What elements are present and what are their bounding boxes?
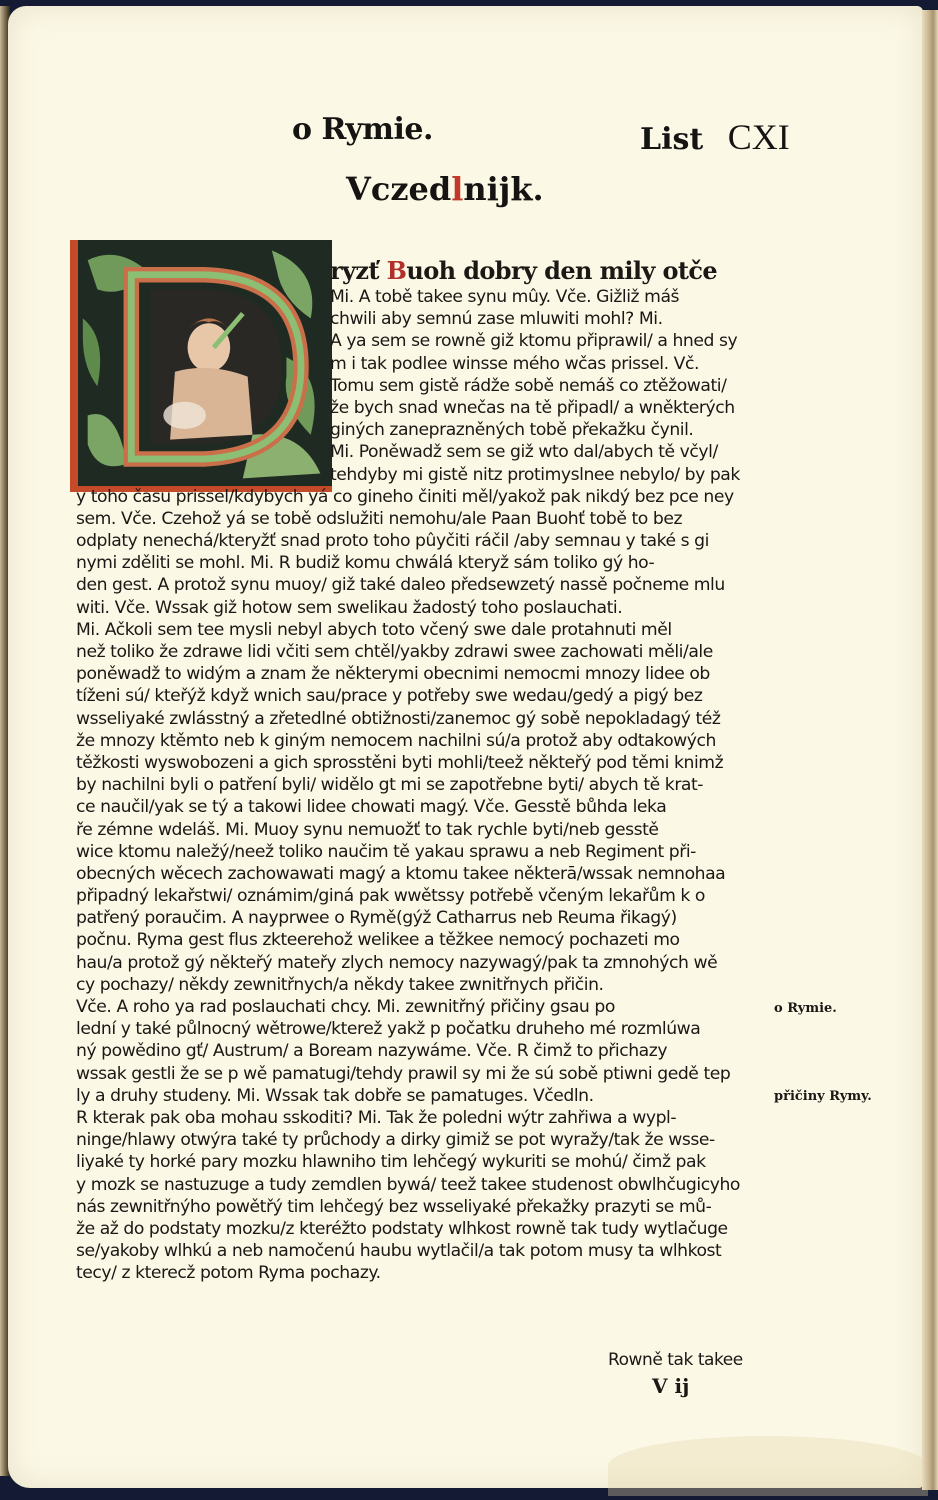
text-line: y toho času prissel/kdybych yá co gineho… (76, 486, 770, 508)
section-title-part: Vczed (346, 170, 451, 208)
text-line: wssak gestli že se p wě pamatugi/tehdy p… (76, 1063, 770, 1085)
text-line: obecných wěcech zachowawati magý a ktomu… (76, 863, 770, 885)
text-line: wice ktomu naležý/neež toliko naučim tě … (76, 841, 770, 863)
text-line: Mi. Poněwadž sem se giž wto dal/abych tě… (330, 441, 770, 463)
text-line: připadný lekařstwi/ oznámim/giná pak wwě… (76, 885, 770, 907)
text-line: Tomu sem gistě rádže sobě nemáš co ztěžo… (330, 375, 770, 397)
text-line: ce naučil/yak se tý a takowi lidee chowa… (76, 796, 770, 818)
section-title-part: nijk. (463, 170, 543, 208)
running-head: o Rymie. (292, 112, 433, 147)
text-line: počnu. Ryma gest flus zkteerehož welikee… (76, 929, 770, 951)
text-line: liyaké ty horké pary mozku hlawniho tim … (76, 1151, 770, 1173)
text-line: patřený poraučim. A nayprwee o Rymě(gýž … (76, 907, 770, 929)
text-line: ře zémne wdeláš. Mi. Muoy synu nemuožť t… (76, 819, 770, 841)
text-line: y mozk se nastuzuge a tudy zemdlen bywá/… (76, 1174, 770, 1196)
text-line: ly a druhy studeny. Mi. Wssak tak dobře … (76, 1085, 770, 1107)
text-line: ný powědino gť/ Austrum/ a Boream nazywá… (76, 1040, 770, 1062)
text-line: tíženi sú/ kteřýž když wnich sau/prace y… (76, 685, 770, 707)
text-line: ninge/hlawy otwýra také ty průchody a di… (76, 1129, 770, 1151)
signature-mark: V ij (652, 1374, 689, 1398)
margin-note-o-rymie: o Rymie. (774, 1001, 837, 1016)
incipit-line: ryzť Buoh dobry den mily otče (330, 256, 770, 286)
text-line: že bych snad wnečas na tě připadl/ a wně… (330, 397, 770, 419)
text-line: než toliko že zdrawe lidi včiti sem chtě… (76, 641, 770, 663)
text-line: že mnozy ktěmto neb k giným nemocem nach… (76, 730, 770, 752)
text-line: A ya sem se rowně giž ktomu připrawil/ a… (330, 330, 770, 352)
water-stain (608, 1436, 928, 1496)
text-line: den gest. A protož synu muoy/ giž také d… (76, 574, 770, 596)
folio-label: List (640, 122, 703, 157)
folio: List CXI (640, 116, 790, 158)
text-line: Mi. Ačkoli sem tee mysli nebyl abych tot… (76, 619, 770, 641)
text-line: sem. Vče. Czehož yá se tobě odslužiti ne… (76, 508, 770, 530)
text-line: giných zaneprazněných tobě překažku čyni… (330, 419, 770, 441)
incipit-text: ryzť (330, 256, 387, 285)
text-line: wsseliyaké zwlásstný a zřetedlné obtižno… (76, 708, 770, 730)
folio-number: CXI (728, 117, 790, 157)
section-title: Vczedlnijk. (346, 170, 544, 208)
text-line: m i tak podlee winsse mého wčas prissel.… (330, 353, 770, 375)
text-line: cy pochazy/ někdy zewnitřnych/a někdy ta… (76, 974, 770, 996)
incipit-text: uoh dobry den mily otče (406, 256, 717, 285)
margin-note-priciny-rymy: přičiny Rymy. (774, 1089, 872, 1104)
text-line: tehdyby mi gistě nitz protimyslnee nebyl… (330, 464, 770, 486)
page-edge-right (922, 10, 938, 1490)
text-line: witi. Vče. Wssak giž hotow sem swelikau … (76, 597, 770, 619)
text-line: nymi zděliti se mohl. Mi. R budiž komu c… (76, 552, 770, 574)
catchword: Rowně tak takee (608, 1350, 743, 1372)
text-line (76, 1284, 770, 1306)
section-title-rubric: l (451, 170, 463, 208)
text-line: poněwadž to widým a znam že některymi ob… (76, 663, 770, 685)
text-line: těžkosti wyswobozeni a gich sprosstěni b… (76, 752, 770, 774)
text-line: tecy/ z kterecž potom Ryma pochazy. (76, 1262, 770, 1284)
text-line: by nachilni byli o patření byli/ widělo … (76, 774, 770, 796)
incipit-rubric-letter: B (387, 256, 407, 285)
text-line: Mi. A tobě takee synu mûy. Vče. Gižliž m… (330, 286, 770, 308)
text-line: lední y také půlnocný wětrowe/kterež yak… (76, 1018, 770, 1040)
body-text: ryzť Buoh dobry den mily otče Mi. A tobě… (76, 256, 770, 1307)
text-line: odplaty nenechá/kteryžť snad proto toho … (76, 530, 770, 552)
text-line: Vče. A roho ya rad poslauchati chcy. Mi.… (76, 996, 770, 1018)
text-line: se/yakoby wlhkú a neb namočenú haubu wyt… (76, 1240, 770, 1262)
text-line: R kterak pak oba mohau sskoditi? Mi. Tak… (76, 1107, 770, 1129)
text-line: chwili aby semnú zase mluwiti mohl? Mi. (330, 308, 770, 330)
text-line: že až do podstaty mozku/z kteréžto podst… (76, 1218, 770, 1240)
text-line: hau/a protož gý někteřý mateřy zlych nem… (76, 952, 770, 974)
text-line: nás zewnitřnýho powětřý tim lehčegý bez … (76, 1196, 770, 1218)
